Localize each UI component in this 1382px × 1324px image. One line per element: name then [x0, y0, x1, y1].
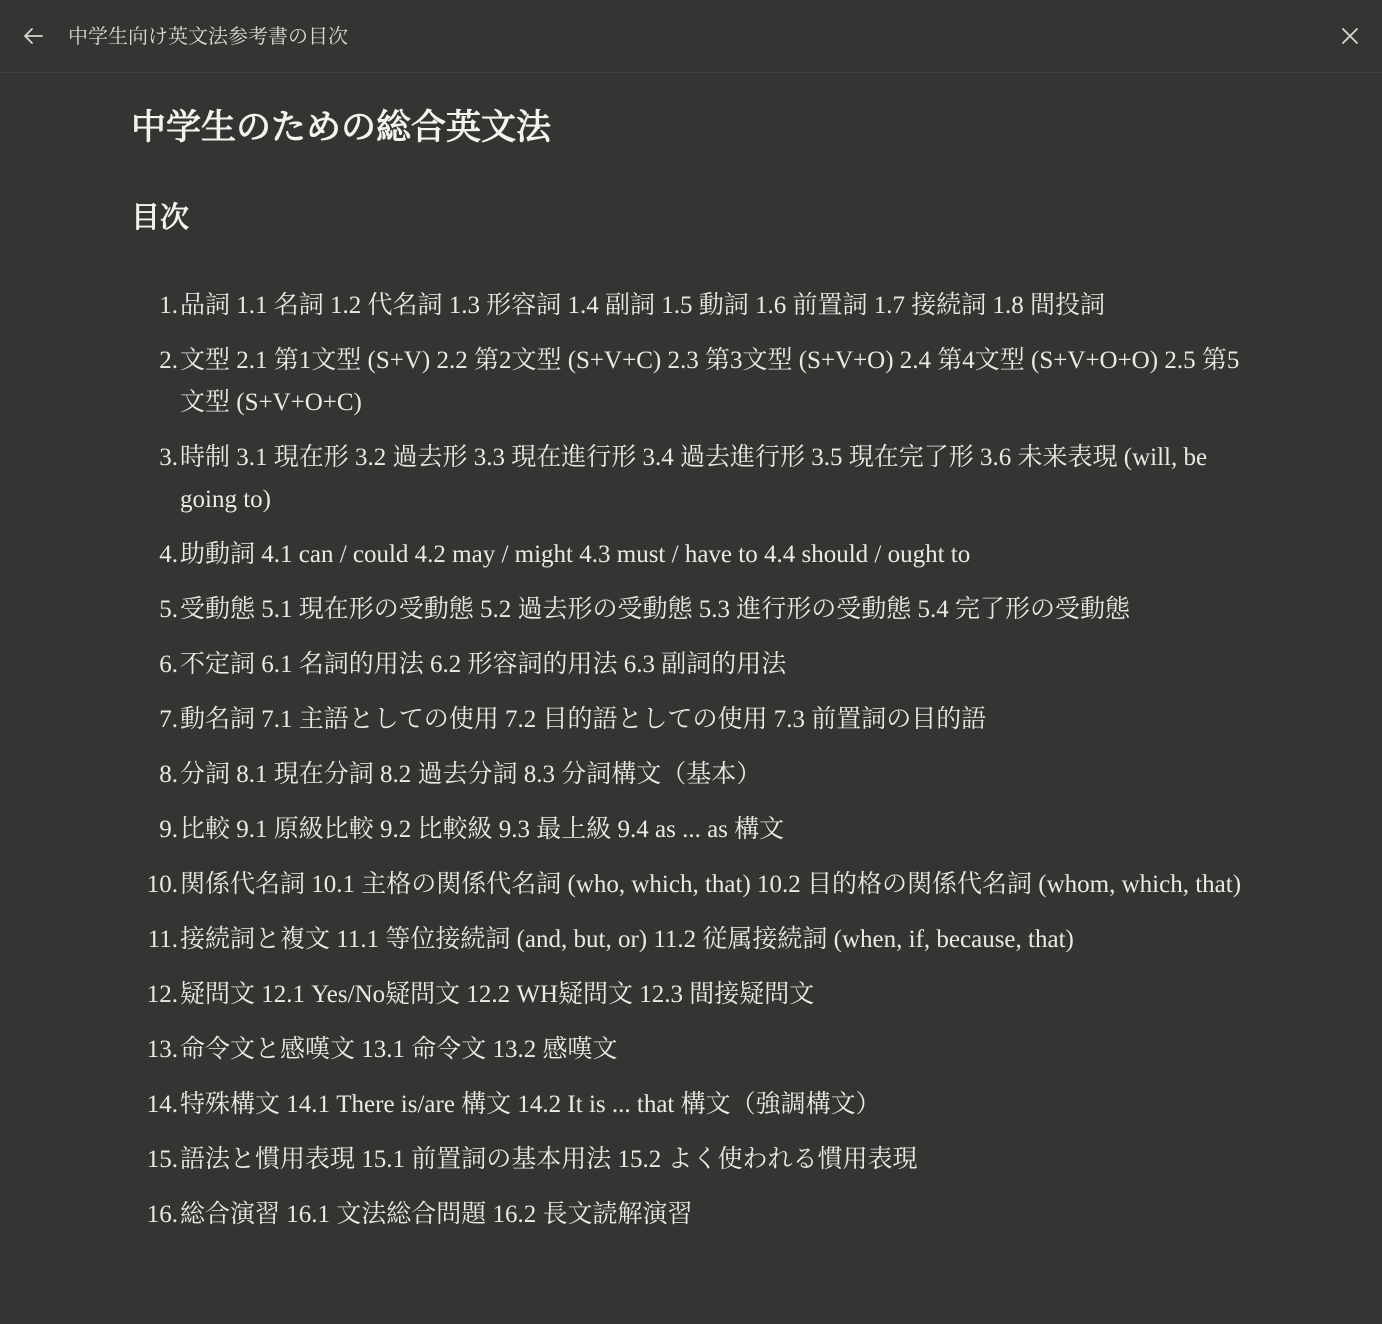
toc-item-12: 12.疑問文 12.1 Yes/No疑問文 12.2 WH疑問文 12.3 間接… [131, 974, 1251, 1016]
toc-item-3: 3.時制 3.1 現在形 3.2 過去形 3.3 現在進行形 3.4 過去進行形… [131, 437, 1251, 521]
toc-item-7: 7.動名詞 7.1 主語としての使用 7.2 目的語としての使用 7.3 前置詞… [131, 699, 1251, 741]
toc-item-2: 2.文型 2.1 第1文型 (S+V) 2.2 第2文型 (S+V+C) 2.3… [131, 340, 1251, 424]
toc-text: 特殊構文 14.1 There is/are 構文 14.2 It is ...… [180, 1084, 1251, 1126]
toc-number: 2. [159, 340, 178, 382]
toc-text: 不定詞 6.1 名詞的用法 6.2 形容詞的用法 6.3 副詞的用法 [180, 644, 1251, 686]
close-x-icon [1341, 27, 1359, 45]
toc-number: 15. [147, 1139, 178, 1181]
toc-text: 疑問文 12.1 Yes/No疑問文 12.2 WH疑問文 12.3 間接疑問文 [180, 974, 1251, 1016]
toc-item-14: 14.特殊構文 14.1 There is/are 構文 14.2 It is … [131, 1084, 1251, 1126]
toc-item-4: 4.助動詞 4.1 can / could 4.2 may / might 4.… [131, 534, 1251, 576]
toc-number: 10. [147, 864, 178, 906]
toc-number: 14. [147, 1084, 178, 1126]
toc-number: 1. [159, 285, 178, 327]
toc-number: 11. [148, 919, 178, 961]
toc-item-16: 16.総合演習 16.1 文法総合問題 16.2 長文読解演習 [131, 1194, 1251, 1236]
header-title: 中学生向け英文法参考書の目次 [68, 22, 348, 50]
toc-text: 関係代名詞 10.1 主格の関係代名詞 (who, which, that) 1… [180, 864, 1251, 906]
toc-item-6: 6.不定詞 6.1 名詞的用法 6.2 形容詞的用法 6.3 副詞的用法 [131, 644, 1251, 686]
toc-number: 6. [159, 644, 178, 686]
toc-item-1: 1.品詞 1.1 名詞 1.2 代名詞 1.3 形容詞 1.4 副詞 1.5 動… [131, 285, 1251, 327]
toc-number: 13. [147, 1029, 178, 1071]
toc-item-13: 13.命令文と感嘆文 13.1 命令文 13.2 感嘆文 [131, 1029, 1251, 1071]
toc-item-9: 9.比較 9.1 原級比較 9.2 比較級 9.3 最上級 9.4 as ...… [131, 809, 1251, 851]
toc-text: 文型 2.1 第1文型 (S+V) 2.2 第2文型 (S+V+C) 2.3 第… [180, 340, 1251, 424]
toc-item-15: 15.語法と慣用表現 15.1 前置詞の基本用法 15.2 よく使われる慣用表現 [131, 1139, 1251, 1181]
toc-text: 語法と慣用表現 15.1 前置詞の基本用法 15.2 よく使われる慣用表現 [180, 1139, 1251, 1181]
arrow-left-icon [22, 27, 44, 45]
toc-text: 品詞 1.1 名詞 1.2 代名詞 1.3 形容詞 1.4 副詞 1.5 動詞 … [180, 285, 1251, 327]
toc-text: 比較 9.1 原級比較 9.2 比較級 9.3 最上級 9.4 as ... a… [180, 809, 1251, 851]
toc-text: 時制 3.1 現在形 3.2 過去形 3.3 現在進行形 3.4 過去進行形 3… [180, 437, 1251, 521]
document-title: 中学生のための総合英文法 [131, 100, 1251, 156]
toc-item-11: 11.接続詞と複文 11.1 等位接続詞 (and, but, or) 11.2… [131, 919, 1251, 961]
toc-text: 命令文と感嘆文 13.1 命令文 13.2 感嘆文 [180, 1029, 1251, 1071]
toc-text: 分詞 8.1 現在分詞 8.2 過去分詞 8.3 分詞構文（基本） [180, 754, 1251, 796]
toc-number: 3. [159, 437, 178, 479]
artifact-header: 中学生向け英文法参考書の目次 [0, 0, 1382, 73]
back-button[interactable] [18, 22, 48, 50]
toc-item-8: 8.分詞 8.1 現在分詞 8.2 過去分詞 8.3 分詞構文（基本） [131, 754, 1251, 796]
toc-text: 受動態 5.1 現在形の受動態 5.2 過去形の受動態 5.3 進行形の受動態 … [180, 589, 1251, 631]
toc-number: 9. [159, 809, 178, 851]
toc-text: 総合演習 16.1 文法総合問題 16.2 長文読解演習 [180, 1194, 1251, 1236]
toc-item-5: 5.受動態 5.1 現在形の受動態 5.2 過去形の受動態 5.3 進行形の受動… [131, 589, 1251, 631]
document-content: 中学生のための総合英文法 目次 1.品詞 1.1 名詞 1.2 代名詞 1.3 … [131, 100, 1251, 1249]
toc-text: 助動詞 4.1 can / could 4.2 may / might 4.3 … [180, 534, 1251, 576]
toc-text: 動名詞 7.1 主語としての使用 7.2 目的語としての使用 7.3 前置詞の目… [180, 699, 1251, 741]
toc-heading: 目次 [131, 189, 1251, 245]
toc-number: 16. [147, 1194, 178, 1236]
toc-number: 8. [159, 754, 178, 796]
toc-number: 12. [147, 974, 178, 1016]
toc-item-10: 10.関係代名詞 10.1 主格の関係代名詞 (who, which, that… [131, 864, 1251, 906]
close-button[interactable] [1336, 22, 1364, 50]
toc-text: 接続詞と複文 11.1 等位接続詞 (and, but, or) 11.2 従属… [180, 919, 1251, 961]
toc-number: 4. [159, 534, 178, 576]
toc-list: 1.品詞 1.1 名詞 1.2 代名詞 1.3 形容詞 1.4 副詞 1.5 動… [131, 285, 1251, 1236]
toc-number: 7. [159, 699, 178, 741]
toc-number: 5. [159, 589, 178, 631]
